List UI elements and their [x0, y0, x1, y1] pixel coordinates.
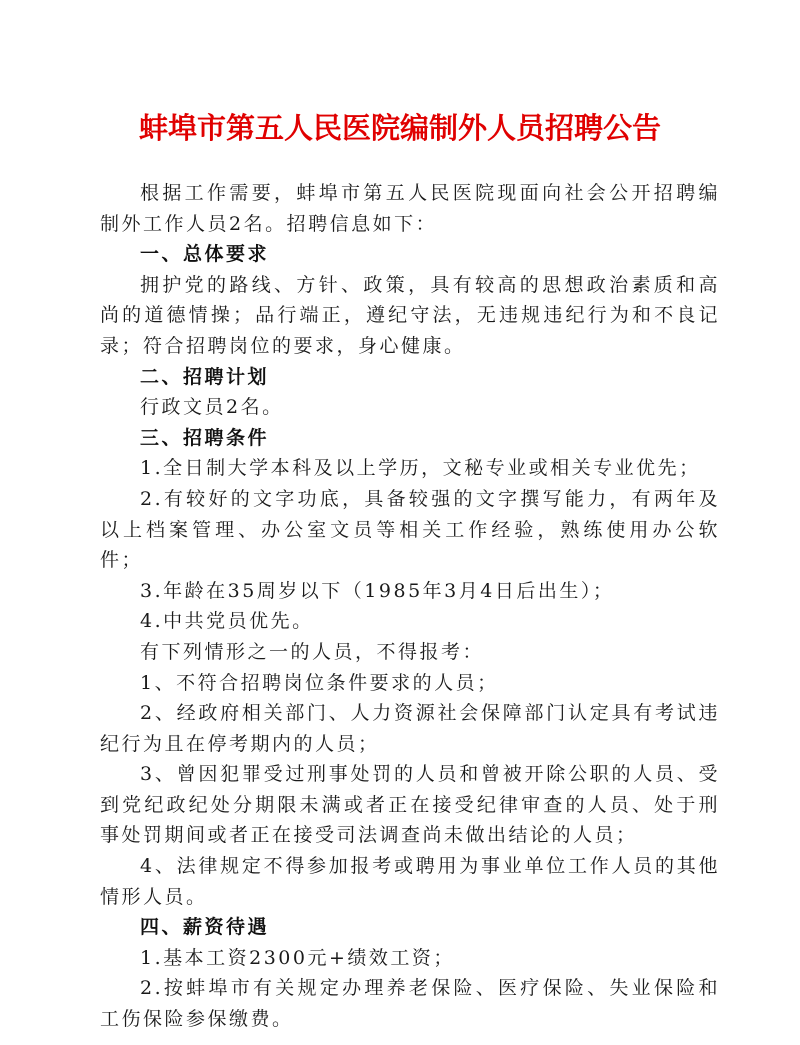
- section-heading-recruitment-plan: 二、招聘计划: [100, 362, 720, 393]
- paragraph: 行政文员2名。: [100, 392, 720, 423]
- section-heading-recruitment-conditions: 三、招聘条件: [100, 423, 720, 454]
- document-body: 根据工作需要，蚌埠市第五人民医院现面向社会公开招聘编制外工作人员2名。招聘信息如…: [100, 178, 720, 1035]
- paragraph: 有下列情形之一的人员，不得报考：: [100, 637, 720, 668]
- intro-paragraph: 根据工作需要，蚌埠市第五人民医院现面向社会公开招聘编制外工作人员2名。招聘信息如…: [100, 178, 720, 239]
- paragraph: 3、曾因犯罪受过刑事处罚的人员和曾被开除公职的人员、受到党纪政纪处分期限未满或者…: [100, 759, 720, 851]
- paragraph: 拥护党的路线、方针、政策，具有较高的思想政治素质和高尚的道德情操；品行端正，遵纪…: [100, 270, 720, 362]
- section-heading-salary-benefits: 四、薪资待遇: [100, 912, 720, 943]
- paragraph: 2.有较好的文字功底，具备较强的文字撰写能力，有两年及以上档案管理、办公室文员等…: [100, 484, 720, 576]
- paragraph: 2、经政府相关部门、人力资源社会保障部门认定具有考试违纪行为且在停考期内的人员；: [100, 698, 720, 759]
- paragraph: 1.全日制大学本科及以上学历，文秘专业或相关专业优先；: [100, 453, 720, 484]
- paragraph: 1、不符合招聘岗位条件要求的人员；: [100, 668, 720, 699]
- paragraph: 3.年龄在35周岁以下（1985年3月4日后出生）；: [100, 576, 720, 607]
- paragraph: 4、法律规定不得参加报考或聘用为事业单位工作人员的其他情形人员。: [100, 851, 720, 912]
- paragraph: 1.基本工资2300元+绩效工资；: [100, 943, 720, 974]
- section-heading-general-requirements: 一、总体要求: [100, 239, 720, 270]
- page-title: 蚌埠市第五人民医院编制外人员招聘公告: [0, 108, 800, 148]
- paragraph: 4.中共党员优先。: [100, 606, 720, 637]
- document-page: 蚌埠市第五人民医院编制外人员招聘公告 根据工作需要，蚌埠市第五人民医院现面向社会…: [0, 0, 800, 1045]
- paragraph: 2.按蚌埠市有关规定办理养老保险、医疗保险、失业保险和工伤保险参保缴费。: [100, 973, 720, 1034]
